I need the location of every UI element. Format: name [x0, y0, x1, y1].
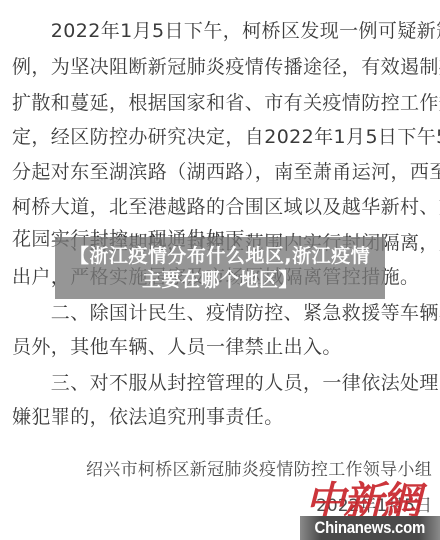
doc-line: 扩散和蔓延，根据国家和省、市有关疫情防控工作规	[12, 90, 440, 116]
doc-line: 三、对不服从封控管理的人员，一律依法处理，涉	[12, 370, 440, 396]
doc-line: 定，经区防控办研究决定，自2022年1月5日下午5时30	[12, 124, 440, 150]
doc-line: 二、除国计民生、疫情防控、紧急救援等车辆、人	[12, 300, 440, 326]
watermark-site: Chinanews.com	[315, 518, 425, 538]
watermark-bar: Chinanews.com	[300, 516, 440, 540]
doc-line: 柯桥大道，北至港越路的合围区域以及越华新村、望湖	[12, 194, 440, 220]
doc-line: 嫌犯罪的，依法追究刑事责任。	[12, 404, 284, 430]
overlay-title: 【浙江疫情分布什么地区,浙江疫情主要在哪个地区】	[65, 244, 375, 292]
title-overlay: 【浙江疫情分布什么地区,浙江疫情主要在哪个地区】	[55, 237, 385, 299]
doc-line: 例，为坚决阻断新冠肺炎疫情传播途径，有效遏制疫情	[12, 54, 440, 80]
doc-line: 2022年1月5日下午，柯桥区发现一例可疑新冠病	[12, 18, 440, 44]
doc-line: 员外，其他车辆、人员一律禁止出入。	[12, 334, 342, 360]
doc-line: 分起对东至湖滨路（湖西路），南至萧甬运河，西至金	[12, 159, 440, 185]
